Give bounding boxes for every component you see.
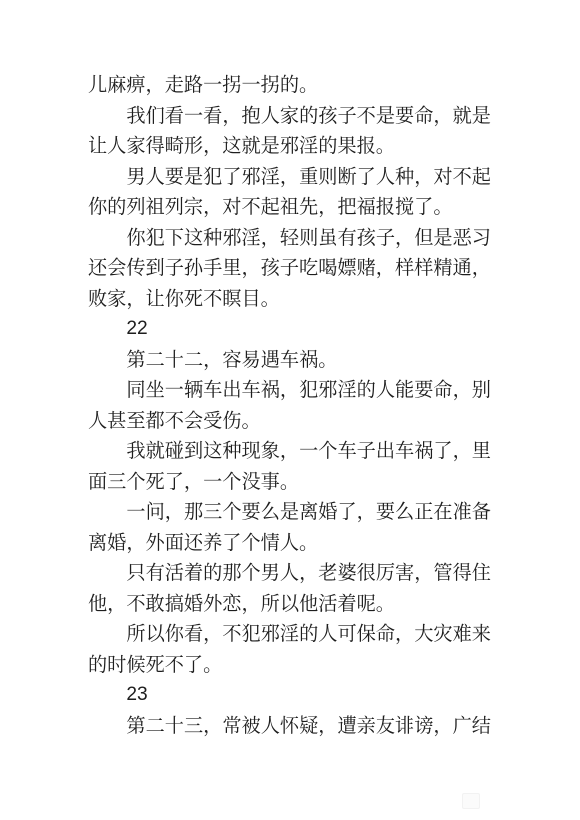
paragraph: 一问，那三个要么是离婚了，要么正在准备离婚，外面还养了个情人。	[88, 497, 498, 558]
section-number: 23	[88, 680, 498, 711]
paragraph: 男人要是犯了邪淫，重则断了人种，对不起你的列祖列宗，对不起祖先，把福报搅了。	[88, 162, 498, 223]
paragraph: 同坐一辆车出车祸，犯邪淫的人能要命，别人甚至都不会受伤。	[88, 375, 498, 436]
document-page: 儿麻痹，走路一拐一拐的。 我们看一看，抱人家的孩子不是要命，就是让人家得畸形，这…	[88, 70, 498, 741]
section-heading: 第二十三，常被人怀疑，遭亲友诽谤，广结	[88, 711, 498, 742]
paragraph: 所以你看，不犯邪淫的人可保命，大灾难来的时候死不了。	[88, 619, 498, 680]
paragraph-continuation: 儿麻痹，走路一拐一拐的。	[88, 70, 498, 101]
section-heading: 第二十二，容易遇车祸。	[88, 345, 498, 376]
paragraph: 只有活着的那个男人，老婆很厉害，管得住他，不敢搞婚外恋，所以他活着呢。	[88, 558, 498, 619]
section-number: 22	[88, 314, 498, 345]
watermark-icon	[462, 793, 480, 809]
paragraph: 你犯下这种邪淫，轻则虽有孩子，但是恶习还会传到子孙手里，孩子吃喝嫖赌，样样精通，…	[88, 223, 498, 315]
paragraph: 我就碰到这种现象，一个车子出车祸了，里面三个死了，一个没事。	[88, 436, 498, 497]
paragraph: 我们看一看，抱人家的孩子不是要命，就是让人家得畸形，这就是邪淫的果报。	[88, 101, 498, 162]
